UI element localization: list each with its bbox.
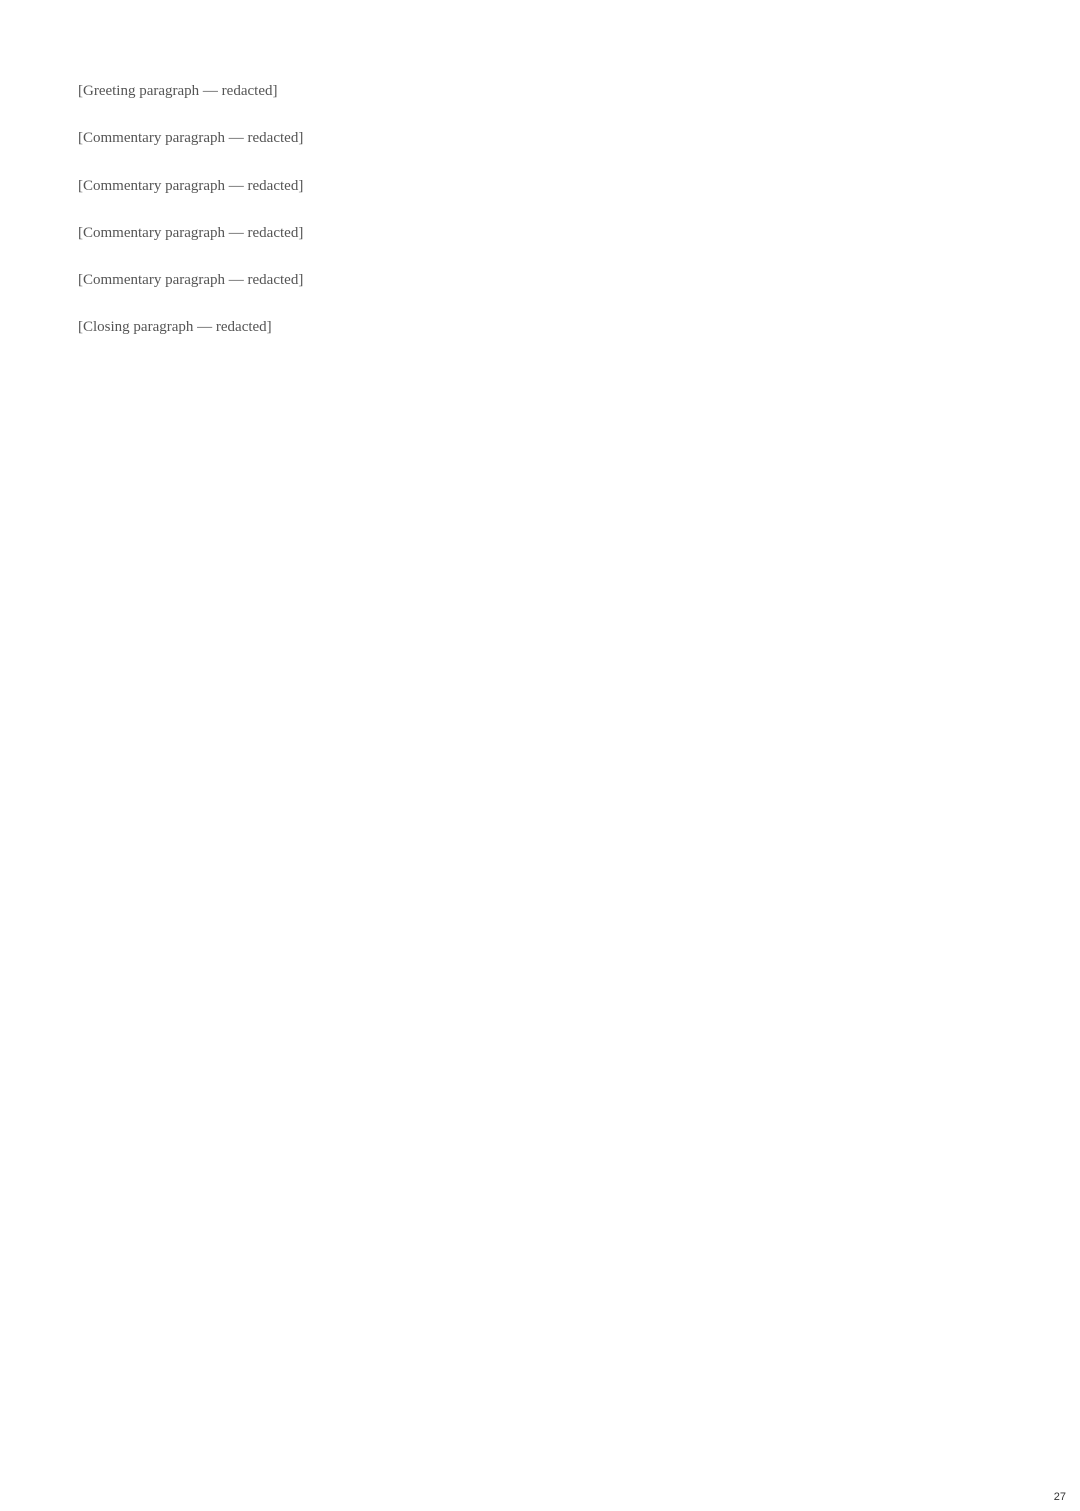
afterword-text-block: [Greeting paragraph — redacted] [Comment… — [78, 80, 1020, 364]
paragraph: [Commentary paragraph — redacted] — [78, 269, 1020, 292]
paragraph: [Commentary paragraph — redacted] — [78, 175, 1020, 198]
paragraph: [Greeting paragraph — redacted] — [78, 80, 1020, 103]
paragraph: [Commentary paragraph — redacted] — [78, 222, 1020, 245]
paragraph: [Closing paragraph — redacted] — [78, 316, 1020, 339]
paragraph: [Commentary paragraph — redacted] — [78, 127, 1020, 150]
page-number: 27 — [1054, 1491, 1066, 1503]
